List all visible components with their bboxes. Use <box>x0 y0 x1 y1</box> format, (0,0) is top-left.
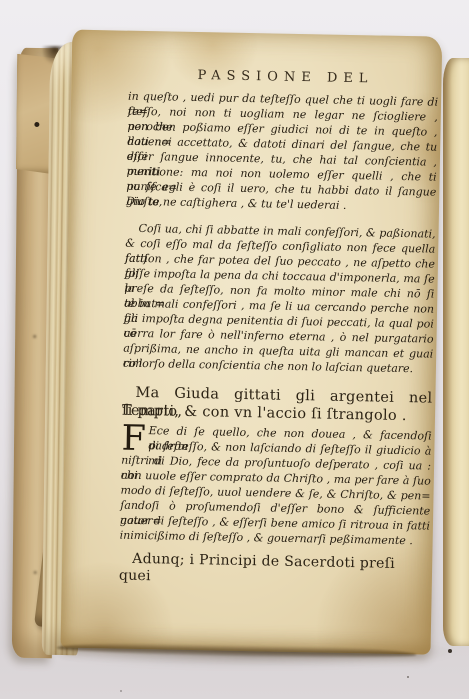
paragraph-3: F Ece di ſe quello, che non douea , & fa… <box>120 423 432 549</box>
running-head: PASSIONE DEL <box>128 67 438 89</box>
photo-background: PASSIONE DEL in queſto , uedi pur da teſ… <box>0 0 469 699</box>
paragraph-2: Coſi ua, chi ſi abbatte in mali confeſſo… <box>123 221 436 377</box>
book-page: PASSIONE DEL in queſto , uedi pur da teſ… <box>61 30 443 655</box>
closing-line: Adunq; i Principi de Sacerdoti preſi que… <box>119 551 430 591</box>
dust-speck <box>448 649 452 653</box>
facing-page-edge <box>443 58 469 646</box>
page-text: PASSIONE DEL in queſto , uedi pur da teſ… <box>119 67 439 591</box>
dust-speck <box>120 690 122 692</box>
drop-cap-initial: F <box>121 424 146 455</box>
dust-speck <box>407 676 409 678</box>
paragraph-1: in queſto , uedi pur da teſteſſo quel ch… <box>126 89 438 215</box>
section-heading: Ma Giuda gittati gli argentei nel Tempio… <box>122 385 433 426</box>
